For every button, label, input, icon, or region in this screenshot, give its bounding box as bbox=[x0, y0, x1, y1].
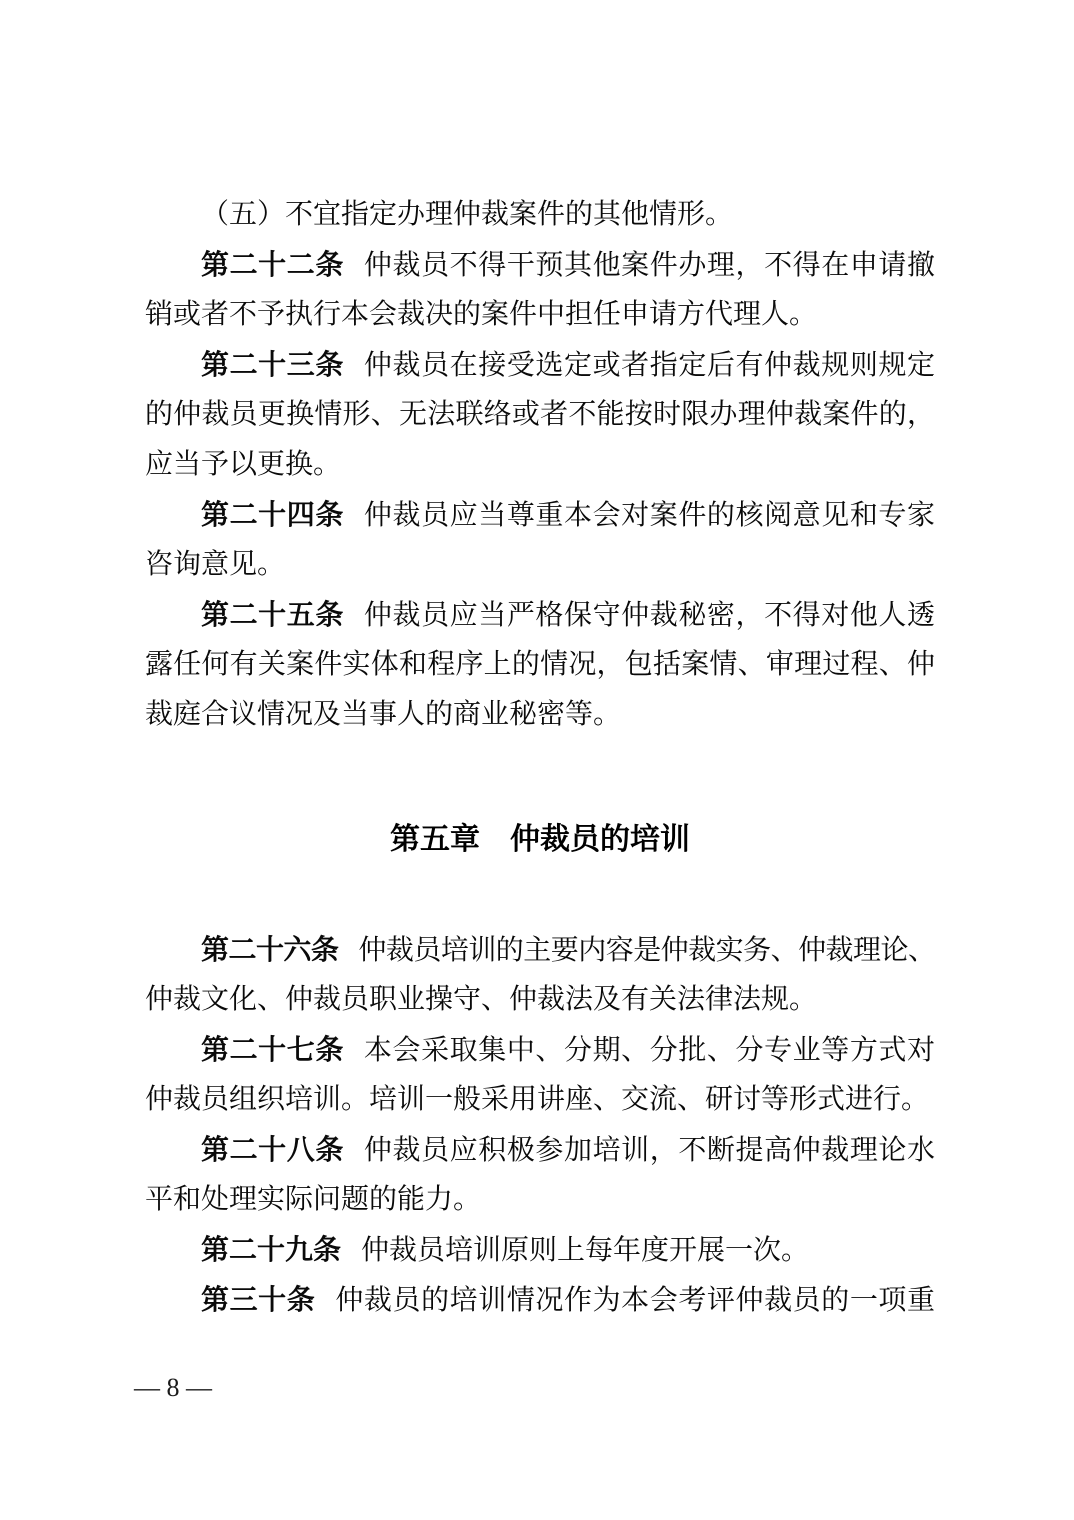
page-number: — 8 — bbox=[134, 1372, 212, 1404]
text-line: 第二十七条本会采取集中、分期、分批、分专业等方式对 bbox=[145, 1025, 935, 1075]
text-line: 平和处理实际问题的能力。 bbox=[145, 1175, 935, 1225]
text-line: 第二十九条仲裁员培训原则上每年度开展一次。 bbox=[145, 1225, 935, 1275]
text-line: 第二十六条仲裁员培训的主要内容是仲裁实务、仲裁理论、 bbox=[145, 925, 935, 975]
article-number: 第二十三条 bbox=[201, 349, 344, 380]
text-line: 仲裁员组织培训。培训一般采用讲座、交流、研讨等形式进行。 bbox=[145, 1075, 935, 1125]
document-page: （五）不宜指定办理仲裁案件的其他情形。第二十二条仲裁员不得干预其他案件办理，不得… bbox=[0, 0, 1074, 1520]
chapter-heading: 第五章 仲裁员的培训 bbox=[145, 815, 935, 865]
article-number: 第二十九条 bbox=[201, 1234, 341, 1265]
article-number: 第三十条 bbox=[201, 1284, 315, 1315]
text-line: 第二十五条仲裁员应当严格保守仲裁秘密，不得对他人透 bbox=[145, 590, 935, 640]
text-line: 第二十三条仲裁员在接受选定或者指定后有仲裁规则规定 bbox=[145, 340, 935, 390]
text-line: 仲裁文化、仲裁员职业操守、仲裁法及有关法律法规。 bbox=[145, 975, 935, 1025]
articles-section-2: 第二十六条仲裁员培训的主要内容是仲裁实务、仲裁理论、仲裁文化、仲裁员职业操守、仲… bbox=[145, 925, 935, 1325]
document-body: （五）不宜指定办理仲裁案件的其他情形。第二十二条仲裁员不得干预其他案件办理，不得… bbox=[145, 190, 935, 1325]
text-line: 裁庭合议情况及当事人的商业秘密等。 bbox=[145, 690, 935, 740]
article-number: 第二十七条 bbox=[201, 1034, 344, 1065]
text-line: 咨询意见。 bbox=[145, 540, 935, 590]
articles-section-1: （五）不宜指定办理仲裁案件的其他情形。第二十二条仲裁员不得干预其他案件办理，不得… bbox=[145, 190, 935, 740]
article-number: 第二十五条 bbox=[201, 599, 344, 630]
text-line: 第二十四条仲裁员应当尊重本会对案件的核阅意见和专家 bbox=[145, 490, 935, 540]
text-line: 第二十八条仲裁员应积极参加培训，不断提高仲裁理论水 bbox=[145, 1125, 935, 1175]
article-number: 第二十四条 bbox=[201, 499, 344, 530]
article-number: 第二十六条 bbox=[201, 934, 338, 965]
text-line: 应当予以更换。 bbox=[145, 440, 935, 490]
text-line: 露任何有关案件实体和程序上的情况，包括案情、审理过程、仲 bbox=[145, 640, 935, 690]
text-line: 销或者不予执行本会裁决的案件中担任申请方代理人。 bbox=[145, 290, 935, 340]
text-line: 第二十二条仲裁员不得干预其他案件办理，不得在申请撤 bbox=[145, 240, 935, 290]
text-line: 的仲裁员更换情形、无法联络或者不能按时限办理仲裁案件的， bbox=[145, 390, 935, 440]
article-number: 第二十二条 bbox=[201, 249, 344, 280]
text-line: （五）不宜指定办理仲裁案件的其他情形。 bbox=[145, 190, 935, 240]
text-line: 第三十条仲裁员的培训情况作为本会考评仲裁员的一项重 bbox=[145, 1275, 935, 1325]
article-number: 第二十八条 bbox=[201, 1134, 344, 1165]
